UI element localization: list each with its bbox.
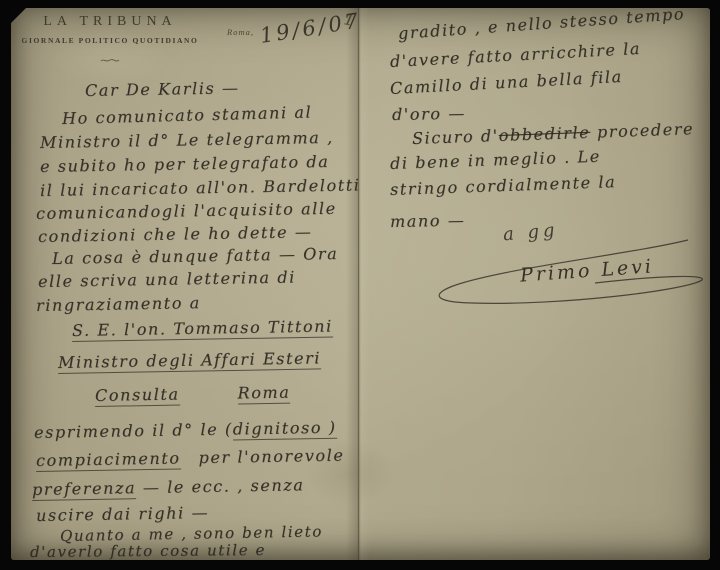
handwriting-segment: procedere [590, 119, 694, 142]
handwritten-line-right: Sicuro d'obbedirle procedere [412, 119, 695, 148]
handwriting-segment: stringo cordialmente la [390, 172, 617, 199]
handwritten-line-right: d'avere fatto arricchire la [390, 39, 642, 71]
handwritten-line-right: mano — [390, 211, 466, 231]
handwritten-line-right: Camillo di una bella fila [390, 67, 624, 98]
handwritten-line-right: gradito , e nello stesso tempo [397, 4, 685, 43]
handwriting-segment: d'avere fatto arricchire la [390, 39, 642, 71]
scanned-letter-photo: LA TRIBUNA GIORNALE POLITICO QUOTIDIANO … [0, 0, 720, 570]
handwriting-segment: gradito , e nello stesso tempo [397, 4, 685, 43]
handwriting-segment: mano — [390, 211, 466, 231]
handwritten-line-right: di bene in meglio . Le [390, 147, 601, 173]
handwriting-segment: d'oro — [392, 104, 466, 124]
handwritten-line-right: d'oro — [392, 104, 466, 124]
handwritten-line-right: stringo cordialmente la [390, 172, 617, 199]
right-page-handwriting: gradito , e nello stesso tempod'avere fa… [0, 0, 720, 570]
handwriting-segment: di bene in meglio . Le [390, 147, 601, 173]
handwriting-segment: Camillo di una bella fila [390, 67, 624, 98]
handwriting-segment: Sicuro d' [412, 126, 499, 148]
handwriting-segment: obbedirle [498, 123, 590, 145]
